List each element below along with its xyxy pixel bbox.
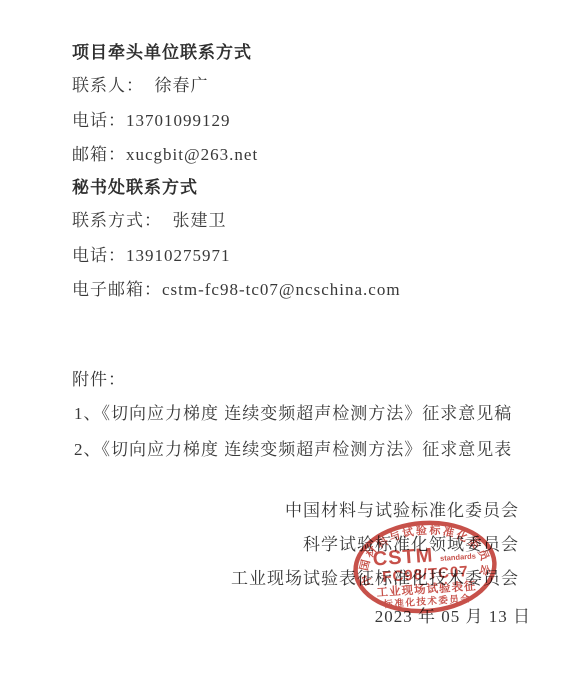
lead-contact-phone: 电话：13701099129	[72, 112, 231, 131]
seal-acronym-suffix: standards	[440, 551, 476, 562]
lead-contact-email: 邮箱：xucgbit@263.net	[72, 146, 258, 165]
scanned-document-page: 项目牵头单位联系方式 联系人： 徐春广 电话：13701099129 邮箱：xu…	[0, 0, 564, 685]
attachments-heading: 附件：	[72, 371, 126, 390]
secretariat-contact-person: 联系方式： 张建卫	[72, 212, 227, 231]
lead-contact-person: 联系人： 徐春广	[72, 77, 209, 96]
official-seal-stamp: 中国材料与试验标准化委员会 CSTM standards FC98/TC07 工…	[346, 512, 505, 622]
seal-svg: 中国材料与试验标准化委员会 CSTM standards FC98/TC07 工…	[346, 512, 505, 622]
secretariat-phone: 电话：13910275971	[72, 247, 231, 266]
attachment-item-2: 2、《切向应力梯度 连续变频超声检测方法》征求意见表	[74, 441, 512, 460]
lead-contact-heading: 项目牵头单位联系方式	[72, 44, 252, 63]
secretariat-email: 电子邮箱：cstm-fc98-tc07@ncschina.com	[72, 281, 401, 300]
secretariat-heading: 秘书处联系方式	[72, 179, 198, 198]
attachment-item-1: 1、《切向应力梯度 连续变频超声检测方法》征求意见稿	[74, 405, 512, 424]
